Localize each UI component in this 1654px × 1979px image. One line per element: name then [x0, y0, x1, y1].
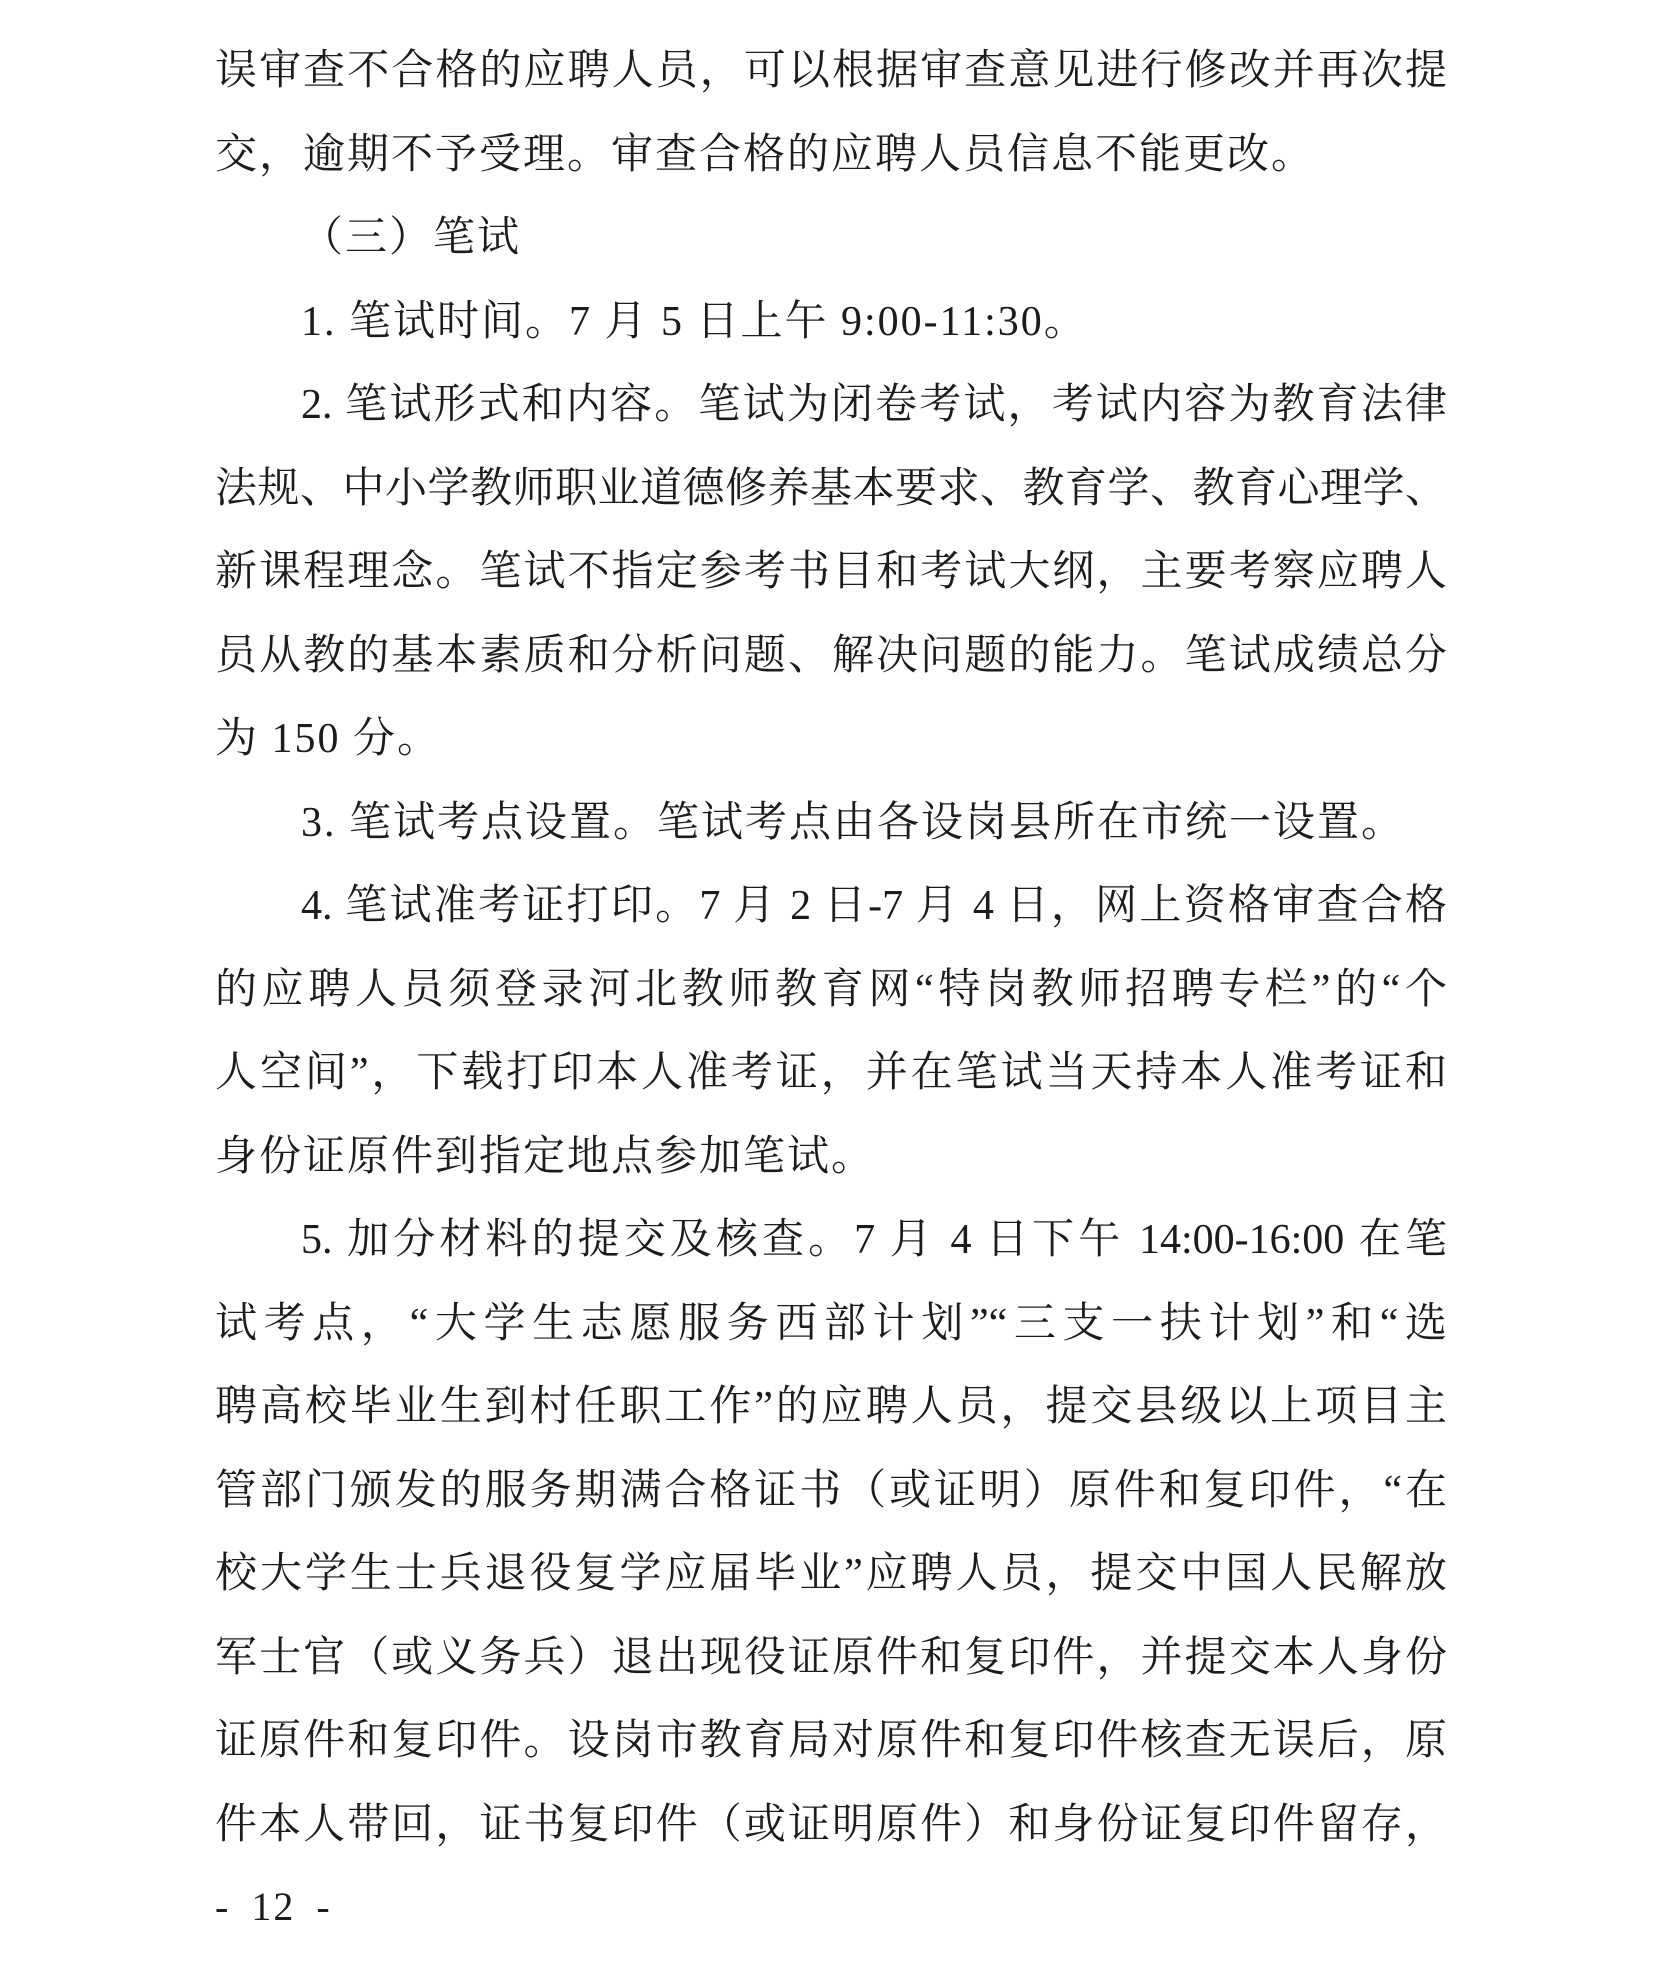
text-line: 员从教的基本素质和分析问题、解决问题的能力。笔试成绩总分: [215, 615, 1447, 699]
text-line: 为 150 分。: [215, 698, 1447, 782]
page-number: - 12 -: [215, 1883, 1447, 1931]
text-line: 4. 笔试准考证打印。7 月 2 日-7 月 4 日，网上资格审查合格: [215, 865, 1447, 949]
text-line: 件本人带回，证书复印件（或证明原件）和身份证复印件留存，: [215, 1784, 1447, 1868]
text-line: 误审查不合格的应聘人员，可以根据审查意见进行修改并再次提: [215, 30, 1447, 114]
text-line: 军士官（或义务兵）退出现役证原件和复印件，并提交本人身份: [215, 1617, 1447, 1701]
text-line: 5. 加分材料的提交及核查。7 月 4 日下午 14:00-16:00 在笔: [215, 1199, 1447, 1283]
text-line: 校大学生士兵退役复学应届毕业”应聘人员，提交中国人民解放: [215, 1533, 1447, 1617]
text-line: 法规、中小学教师职业道德修养基本要求、教育学、教育心理学、: [215, 448, 1447, 532]
text-line: 新课程理念。笔试不指定参考书目和考试大纲，主要考察应聘人: [215, 531, 1447, 615]
document-body: 误审查不合格的应聘人员，可以根据审查意见进行修改并再次提交，逾期不予受理。审查合…: [215, 30, 1447, 1867]
text-line: 交，逾期不予受理。审查合格的应聘人员信息不能更改。: [215, 114, 1447, 198]
text-line: 证原件和复印件。设岗市教育局对原件和复印件核查无误后，原: [215, 1700, 1447, 1784]
text-line: 2. 笔试形式和内容。笔试为闭卷考试，考试内容为教育法律: [215, 364, 1447, 448]
text-line: 的应聘人员须登录河北教师教育网“特岗教师招聘专栏”的“个: [215, 949, 1447, 1033]
text-line: 管部门颁发的服务期满合格证书（或证明）原件和复印件，“在: [215, 1450, 1447, 1534]
document-page: 误审查不合格的应聘人员，可以根据审查意见进行修改并再次提交，逾期不予受理。审查合…: [0, 0, 1654, 1979]
text-line: 1. 笔试时间。7 月 5 日上午 9:00-11:30。: [215, 281, 1447, 365]
text-line: 3. 笔试考点设置。笔试考点由各设岗县所在市统一设置。: [215, 782, 1447, 866]
text-line: 身份证原件到指定地点参加笔试。: [215, 1116, 1447, 1200]
text-line: （三）笔试: [215, 197, 1447, 281]
text-line: 人空间”，下载打印本人准考证，并在笔试当天持本人准考证和: [215, 1032, 1447, 1116]
text-line: 试考点，“大学生志愿服务西部计划”“三支一扶计划”和“选: [215, 1283, 1447, 1367]
text-line: 聘高校毕业生到村任职工作”的应聘人员，提交县级以上项目主: [215, 1366, 1447, 1450]
